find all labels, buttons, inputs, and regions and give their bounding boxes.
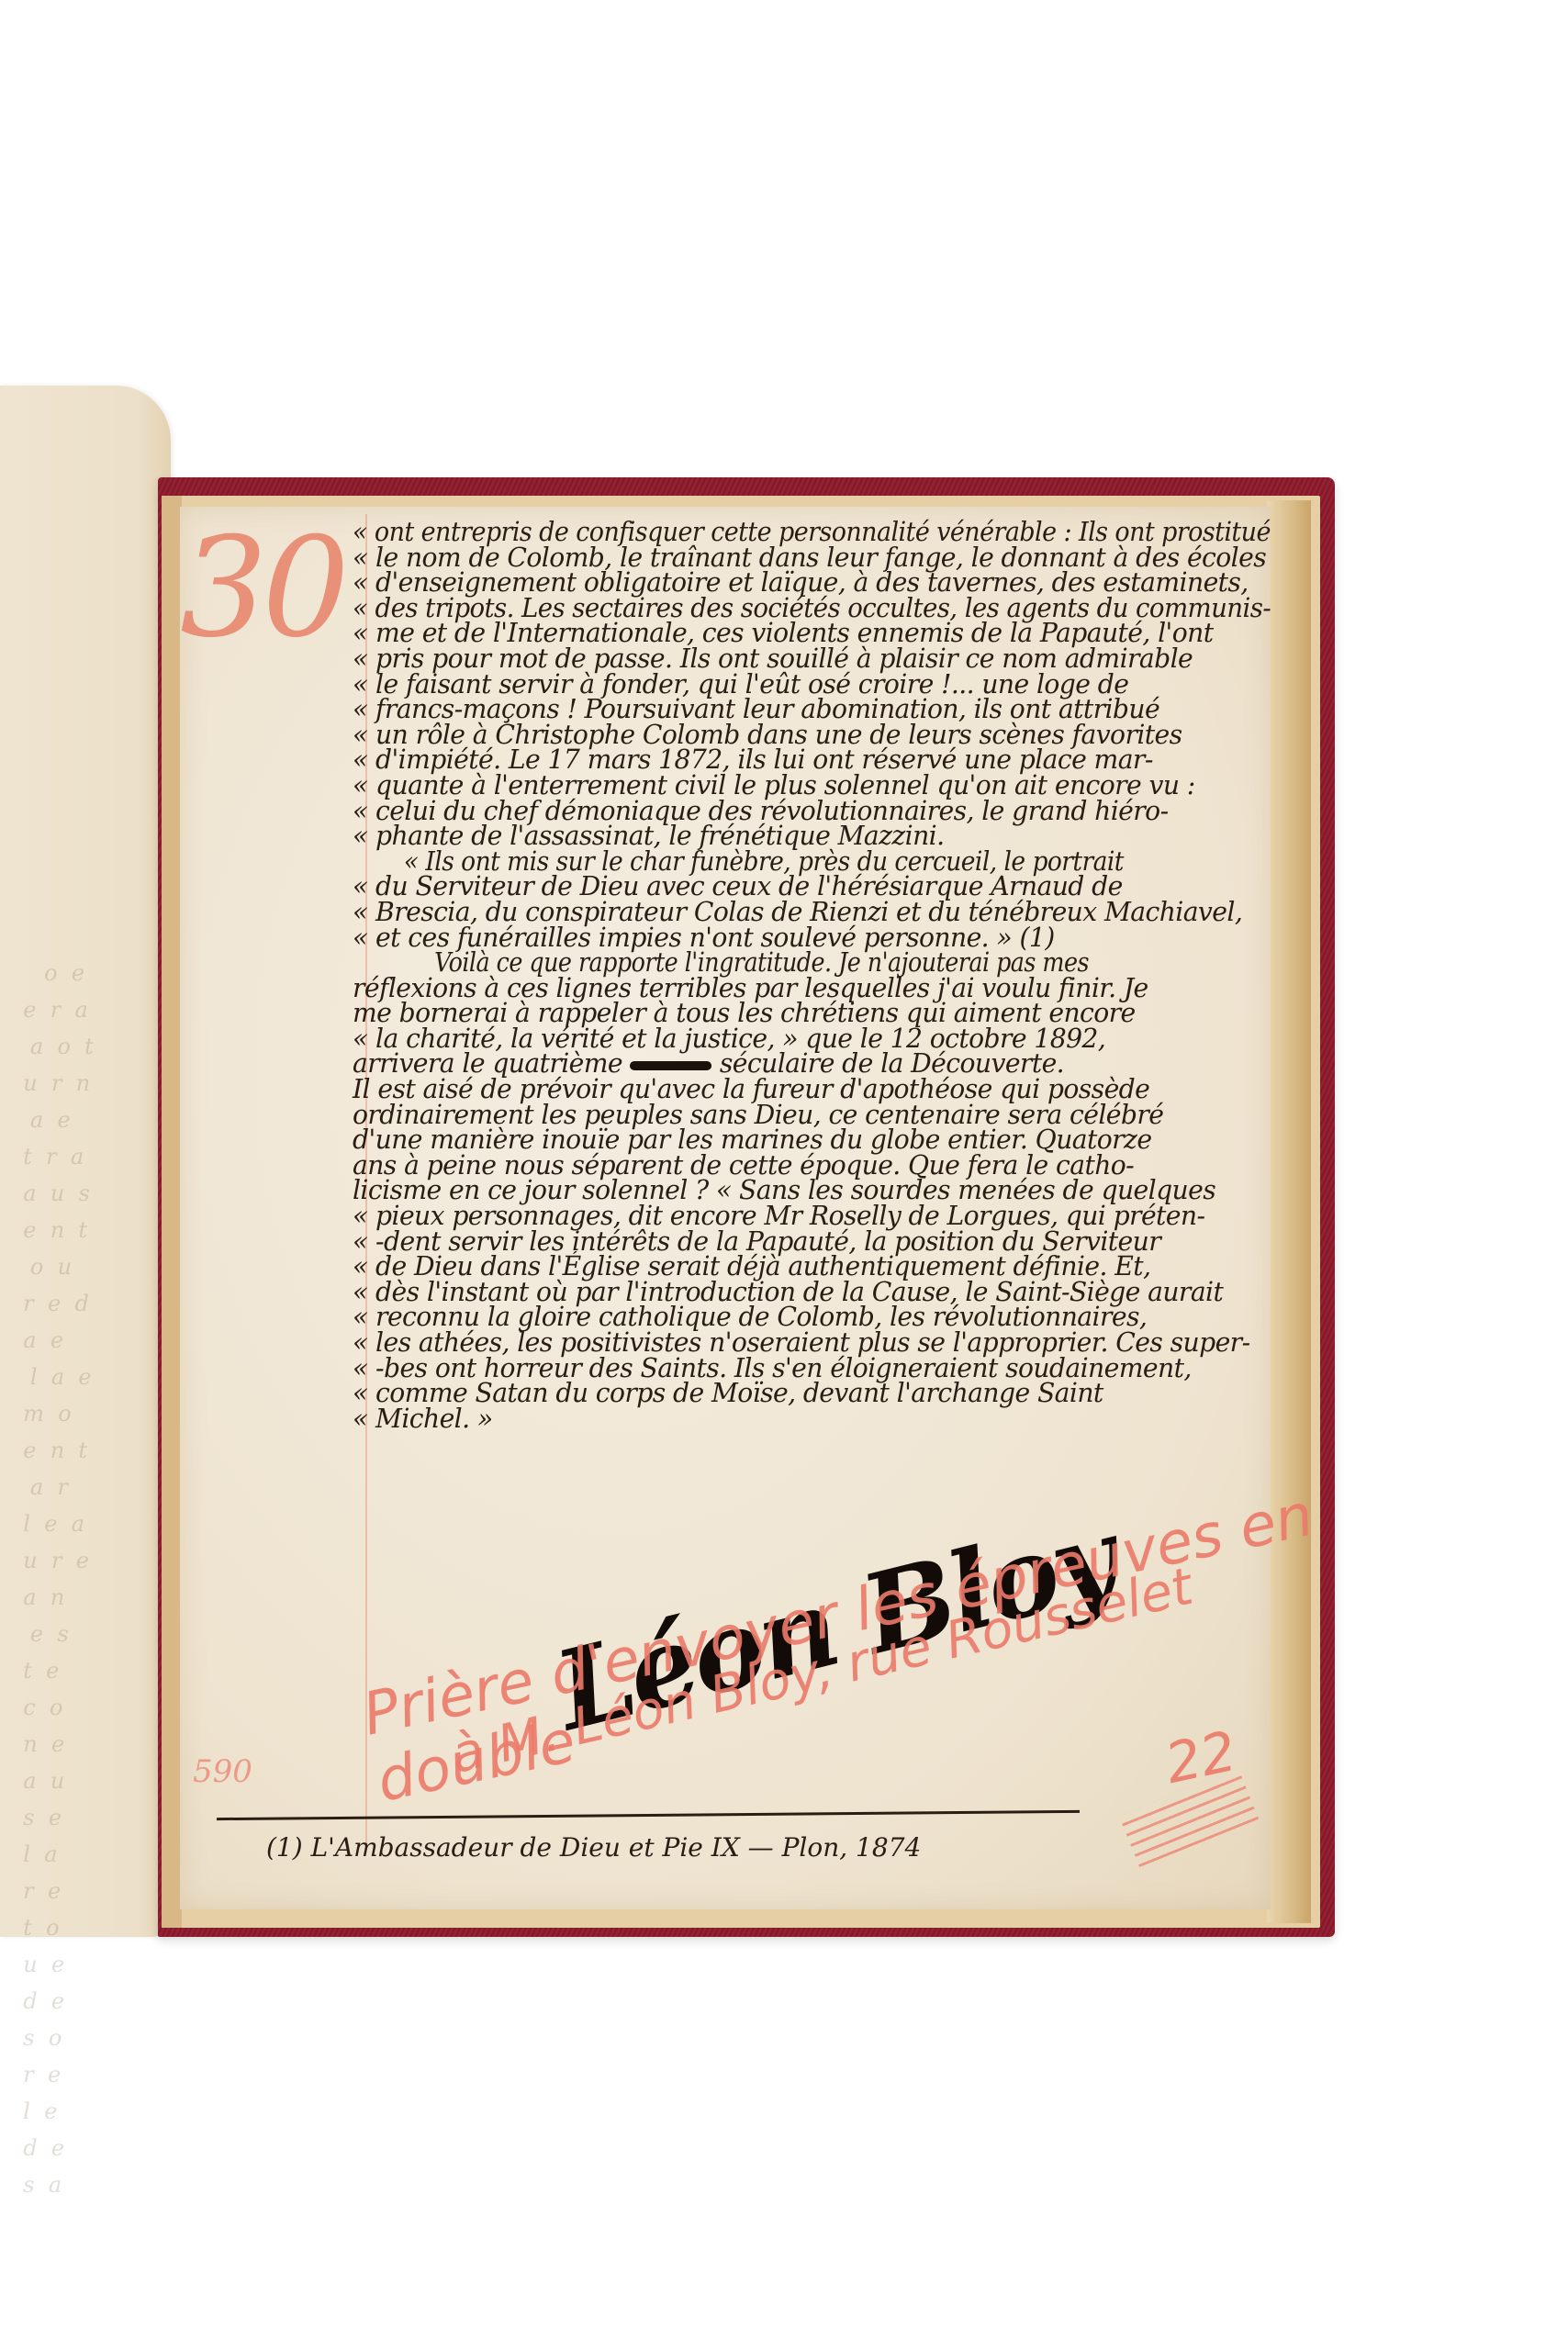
text-line: Il est aisé de prévoir qu'avec la fureur…: [353, 1077, 1271, 1102]
text-line: « les athées, les positivistes n'oseraie…: [353, 1330, 1271, 1356]
text-line: « d'enseignement obligatoire et laïque, …: [353, 570, 1271, 596]
text-line: « celui du chef démoniaque des révolutio…: [353, 799, 1271, 824]
gutter-guard-strip: [162, 496, 182, 1928]
text-line: « -dent servir les intérêts de la Papaut…: [353, 1229, 1271, 1255]
manuscript-body: « ont entrepris de confisquer cette pers…: [353, 520, 1280, 1431]
text-line: « comme Satan du corps de Moïse, devant …: [353, 1381, 1271, 1406]
text-line: « phante de l'assassinat, le frénétique …: [353, 823, 1271, 849]
folio-number: 30: [180, 520, 344, 657]
left-page-bleed-text: o e e r a a o t u r n a e t r a a u s e …: [9, 955, 156, 2221]
text-line: licisme en ce jour solennel ? « Sans les…: [353, 1178, 1271, 1203]
text-line: « pris pour mot de passe. Ils ont souill…: [353, 646, 1271, 672]
text-line: « et ces funérailles impies n'ont soulev…: [353, 925, 1271, 951]
text-line: « le faisant servir à fonder, qui l'eût …: [353, 672, 1271, 698]
text-line: « un rôle à Christophe Colomb dans une d…: [353, 722, 1271, 748]
text-line: ans à peine nous séparent de cette époqu…: [353, 1153, 1271, 1179]
text-line: « d'impiété. Le 17 mars 1872, ils lui on…: [353, 747, 1271, 773]
text-line: « Michel. »: [353, 1406, 1271, 1432]
text-line-with-redaction: arrivera le quatrième séculaire de la Dé…: [353, 1051, 1271, 1077]
text-line: « du Serviteur de Dieu avec ceux de l'hé…: [353, 874, 1271, 900]
text-line: réflexions à ces lignes terribles par le…: [353, 976, 1271, 1002]
text-line: « Brescia, du conspirateur Colas de Rien…: [353, 900, 1271, 925]
ink-strikeout: [630, 1061, 711, 1070]
text-line: « ont entrepris de confisquer cette pers…: [353, 520, 1230, 545]
text-line: « quante à l'enterrement civil le plus s…: [353, 773, 1271, 799]
text-line: « Ils ont mis sur le char funèbre, près …: [353, 849, 1215, 875]
text-line: « reconnu la gloire catholique de Colomb…: [353, 1304, 1271, 1330]
margin-number: 590: [193, 1753, 252, 1790]
text-line: ordinairement les peuples sans Dieu, ce …: [353, 1102, 1271, 1128]
text-line: « -bes ont horreur des Saints. Ils s'en …: [353, 1356, 1271, 1382]
text-line: Voilà ce que rapporte l'ingratitude. Je …: [353, 950, 1179, 976]
text-line: « la charité, la vérité et la justice, »…: [353, 1026, 1271, 1052]
text-line: d'une manière inouïe par les marines du …: [353, 1127, 1271, 1153]
text-line: « pieux personnages, dit encore Mr Rosel…: [353, 1203, 1271, 1229]
text-line: « dès l'instant où par l'introduction de…: [353, 1280, 1271, 1305]
footnote: (1) L'Ambassadeur de Dieu et Pie IX — Pl…: [266, 1832, 921, 1863]
text-line: me bornerai à rappeler à tous les chréti…: [353, 1001, 1271, 1026]
text-line: « francs-maçons ! Poursuivant leur abomi…: [353, 697, 1271, 722]
left-page-leaf: o e e r a a o t u r n a e t r a a u s e …: [0, 386, 171, 1937]
text-line: « de Dieu dans l'Église serait déjà auth…: [353, 1254, 1271, 1280]
text-line: « le nom de Colomb, le traînant dans leu…: [353, 545, 1271, 571]
text-line: « des tripots. Les sectaires des société…: [353, 596, 1250, 621]
text-line: « me et de l'Internationale, ces violent…: [353, 621, 1271, 646]
